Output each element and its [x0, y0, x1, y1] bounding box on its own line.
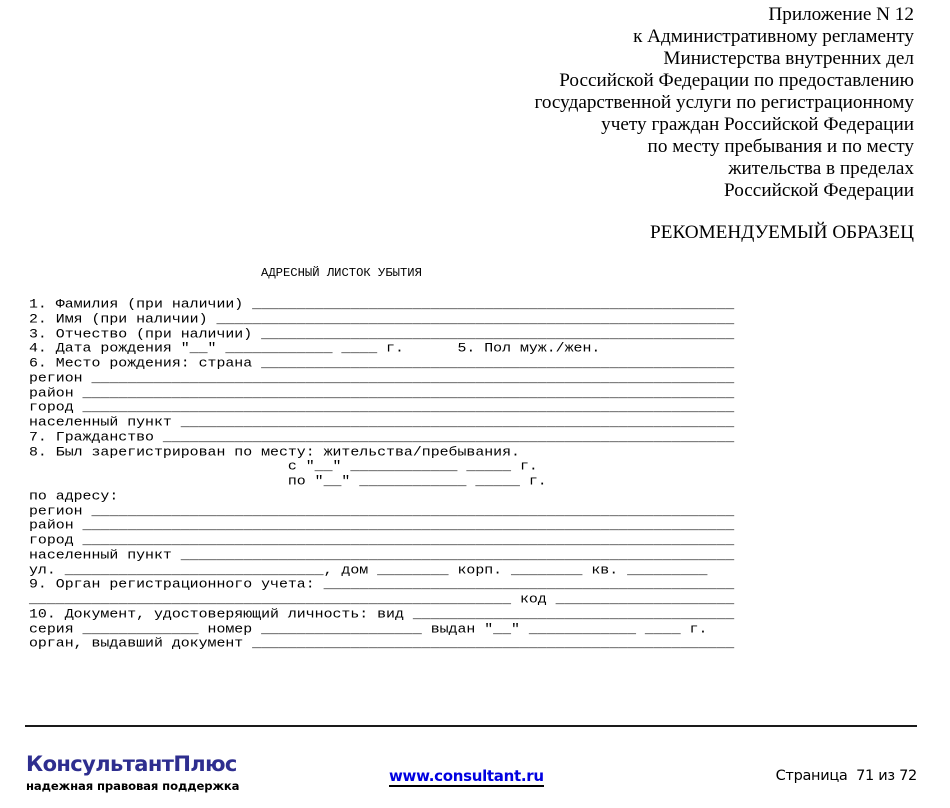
form-row: с "__" ____________ _____ г. — [29, 460, 734, 475]
form-row: орган, выдавший документ _______________… — [29, 637, 734, 652]
form-row: регион _________________________________… — [29, 372, 734, 387]
form-row: город __________________________________… — [29, 401, 734, 416]
form-row: населенный пункт _______________________… — [29, 549, 734, 564]
departure-address-form: 1. Фамилия (при наличии) _______________… — [29, 298, 734, 652]
form-row: по "__" ____________ _____ г. — [29, 475, 734, 490]
recommended-sample-label: РЕКОМЕНДУЕМЫЙ ОБРАЗЕЦ — [650, 222, 914, 244]
header-line: к Административному регламенту — [314, 26, 914, 48]
header-line: жительства в пределах — [314, 158, 914, 180]
form-row: район __________________________________… — [29, 519, 734, 534]
form-row: город __________________________________… — [29, 534, 734, 549]
brand-tagline: надежная правовая поддержка — [26, 779, 239, 793]
page-counter: Страница 71 из 72 — [776, 767, 917, 785]
form-row: регион _________________________________… — [29, 504, 734, 519]
form-title: АДРЕСНЫЙ ЛИСТОК УБЫТИЯ — [261, 265, 422, 281]
form-row: 6. Место рождения: страна ______________… — [29, 357, 734, 372]
form-row: населенный пункт _______________________… — [29, 416, 734, 431]
form-row: 10. Документ, удостоверяющий личность: в… — [29, 608, 734, 623]
header-line: Приложение N 12 — [314, 4, 914, 26]
consultantplus-logo: КонсультантПлюс — [26, 752, 237, 776]
form-row: 9. Орган регистрационного учета: _______… — [29, 578, 734, 593]
header-line: учету граждан Российской Федерации — [314, 114, 914, 136]
form-row: 1. Фамилия (при наличии) _______________… — [29, 298, 734, 313]
footer-divider — [25, 725, 917, 727]
form-row: 8. Был зарегистрирован по месту: жительс… — [29, 445, 734, 460]
appendix-header: Приложение N 12 к Административному регл… — [314, 4, 914, 202]
form-row: ул. _____________________________, дом _… — [29, 563, 734, 578]
consultant-website-link[interactable]: www.consultant.ru — [389, 767, 544, 787]
header-line: Российской Федерации по предоставлению — [314, 70, 914, 92]
form-row: ________________________________________… — [29, 593, 734, 608]
form-row: по адресу: — [29, 490, 734, 505]
form-row: район __________________________________… — [29, 386, 734, 401]
header-line: Министерства внутренних дел — [314, 48, 914, 70]
header-line: государственной услуги по регистрационно… — [314, 92, 914, 114]
form-row: 3. Отчество (при наличии) ______________… — [29, 327, 734, 342]
form-row: серия _____________ номер ______________… — [29, 622, 734, 637]
header-line: Российской Федерации — [314, 180, 914, 202]
header-line: по месту пребывания и по месту — [314, 136, 914, 158]
form-row: 4. Дата рождения "__" ____________ ____ … — [29, 342, 734, 357]
form-row: 7. Гражданство _________________________… — [29, 431, 734, 446]
form-row: 2. Имя (при наличии) ___________________… — [29, 313, 734, 328]
